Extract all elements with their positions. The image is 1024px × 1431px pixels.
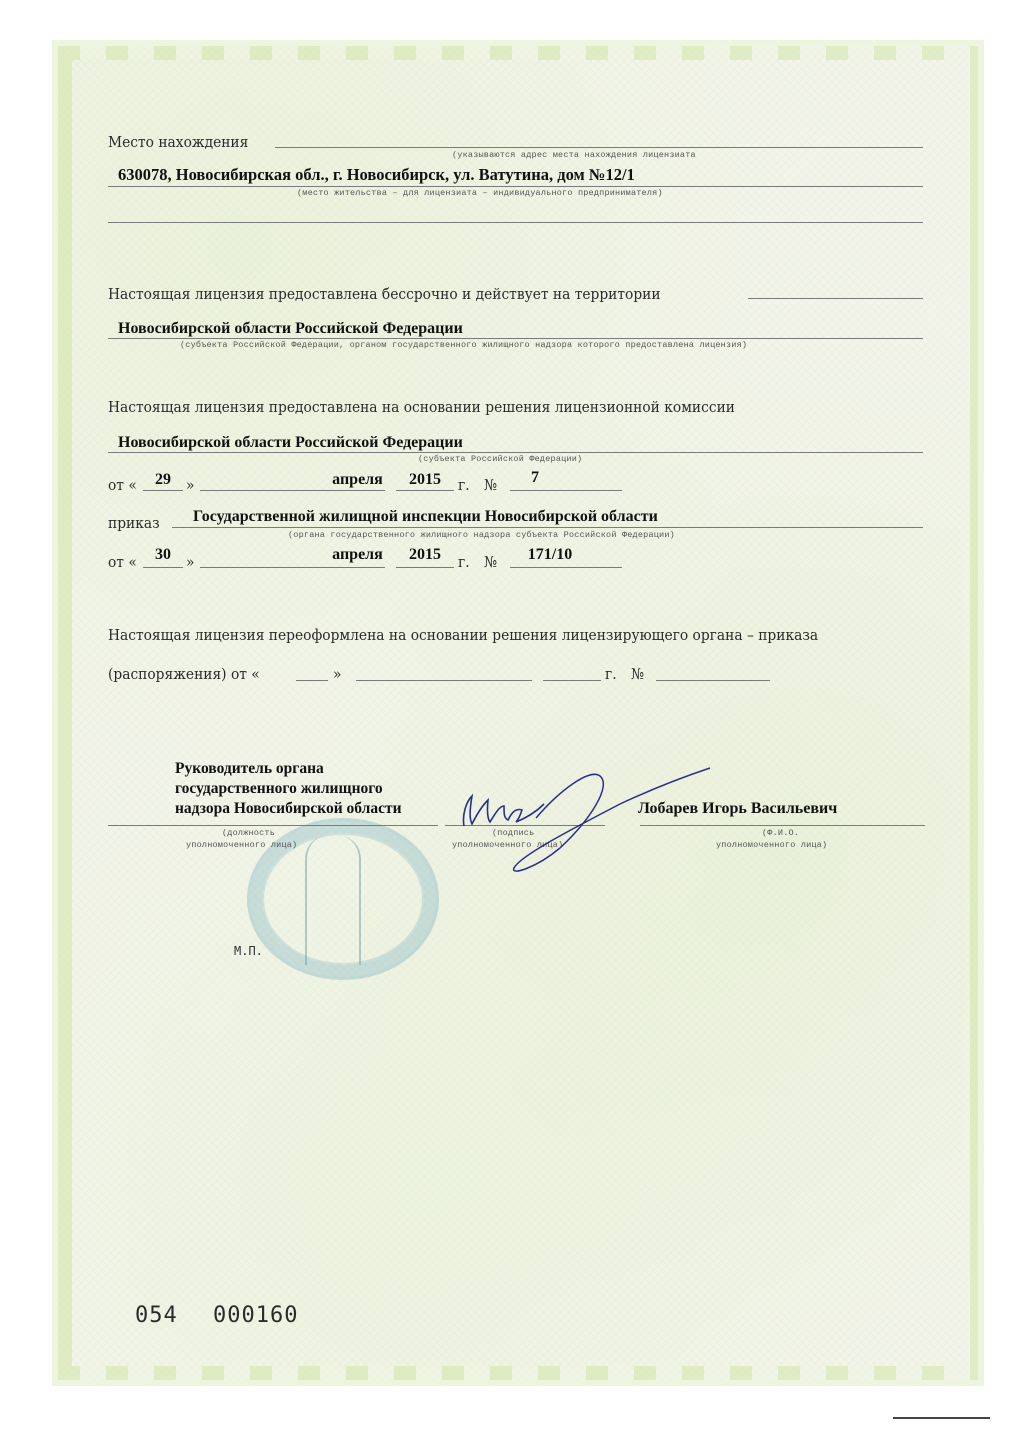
commission-label: Настоящая лицензия предоставлена на осно…	[108, 398, 735, 416]
order-year-suffix: г.	[458, 553, 470, 571]
reissue-line1: Настоящая лицензия переоформлена на осно…	[108, 626, 818, 644]
position-line3: надзора Новосибирской области	[175, 800, 402, 818]
commission-number-line	[510, 490, 622, 491]
order-number-line	[510, 567, 622, 568]
territory-label: Настоящая лицензия предоставлена бессроч…	[108, 285, 661, 303]
commission-year: 2015	[396, 471, 454, 489]
commission-year-suffix: г.	[458, 476, 470, 494]
name-hint2: уполномоченного лица)	[716, 840, 827, 850]
reissue-day-line	[296, 680, 328, 681]
location-residence-hint: (место жительства – для лицензиата – инд…	[297, 188, 663, 198]
reissue-number-sign: №	[631, 665, 644, 683]
commission-date-prefix: от «	[108, 476, 137, 494]
position-hint2: уполномоченного лица)	[186, 840, 297, 850]
order-value: Государственной жилищной инспекции Новос…	[193, 508, 658, 526]
reissue-line2-close: »	[333, 665, 341, 683]
territory-line	[108, 338, 923, 339]
territory-value: Новосибирской области Российской Федерац…	[118, 320, 463, 338]
commission-day-line	[143, 490, 183, 491]
reissue-year-suffix: г.	[605, 665, 617, 683]
order-hint: (органа государственного жилищного надзо…	[288, 530, 675, 540]
seal-emblem	[305, 835, 361, 965]
position-line1: Руководитель органа	[175, 760, 324, 778]
order-month: апреля	[325, 546, 390, 564]
name-hint1: (Ф.И.О.	[762, 828, 799, 838]
order-day: 30	[143, 546, 183, 564]
position-line	[108, 825, 438, 826]
reissue-line2-prefix: (распоряжения) от «	[108, 665, 260, 683]
serial-number: 000160	[213, 1303, 298, 1328]
order-date-prefix: от «	[108, 553, 137, 571]
commission-number-sign: №	[484, 476, 497, 494]
handwritten-signature	[440, 760, 740, 880]
address-line	[108, 186, 923, 187]
commission-number: 7	[510, 469, 560, 487]
scan-edge-mark	[893, 1417, 990, 1419]
order-year: 2015	[396, 546, 454, 564]
order-day-line	[143, 567, 183, 568]
name-line	[640, 825, 925, 826]
position-line2: государственного жилищного	[175, 780, 383, 798]
commission-year-line	[396, 490, 454, 491]
order-year-line	[396, 567, 454, 568]
order-line	[172, 527, 923, 528]
order-date-close: »	[186, 553, 194, 571]
reissue-number-line	[656, 680, 770, 681]
commission-month: апреля	[325, 471, 390, 489]
location-address-hint: (указываются адрес места нахождения лице…	[452, 150, 696, 160]
order-month-line	[200, 567, 385, 568]
blank-line	[108, 222, 923, 223]
stamp-place-label: М.П.	[234, 944, 263, 958]
commission-value: Новосибирской области Российской Федерац…	[118, 434, 463, 452]
commission-month-line	[200, 490, 385, 491]
reissue-year-line	[543, 680, 601, 681]
territory-line-tail	[748, 298, 923, 299]
commission-day: 29	[143, 471, 183, 489]
signatory-name: Лобарев Игорь Васильевич	[638, 800, 837, 818]
license-page	[58, 46, 978, 1380]
territory-hint: (субъекта Российской Федерации, органом …	[180, 340, 747, 350]
reissue-month-line	[356, 680, 532, 681]
commission-line	[108, 452, 923, 453]
serial-series: 054	[135, 1303, 178, 1328]
position-hint1: (должность	[222, 828, 275, 838]
location-line	[275, 147, 923, 148]
order-number-sign: №	[484, 553, 497, 571]
order-number: 171/10	[510, 546, 590, 564]
commission-hint: (субъекта Российской Федерации)	[418, 454, 582, 464]
commission-date-close: »	[186, 476, 194, 494]
location-address: 630078, Новосибирская обл., г. Новосибир…	[118, 165, 635, 185]
order-label: приказ	[108, 514, 160, 532]
location-label: Место нахождения	[108, 133, 248, 151]
